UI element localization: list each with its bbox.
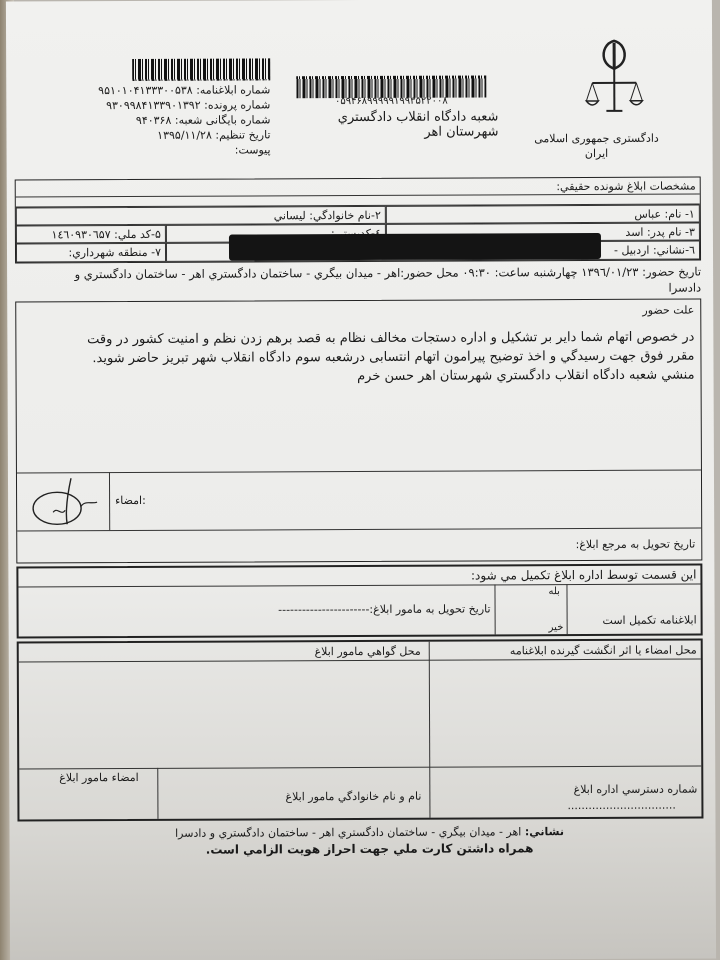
checkbox-yes[interactable]: بله <box>548 586 560 597</box>
field-municipal-zone: ۷- منطقه شهرداري: <box>16 243 166 263</box>
meta-archive-number: شماره بایگانی شعبه: ۹۴۰۳۶۸ <box>66 112 270 128</box>
access-number-label: شماره دسترسي اداره ابلاغ <box>574 783 698 797</box>
divider <box>19 766 701 770</box>
footer-address-label: نشاني: <box>525 825 564 838</box>
notice-barcode <box>132 58 270 81</box>
officer-signature-label: امضاء مامور ابلاغ <box>59 771 138 784</box>
reason-section: علت حضور در خصوص اتهام شما داير بر تشکیل… <box>15 299 702 564</box>
divider <box>157 768 158 819</box>
signatures-grid: محل امضاء يا اثر انگشت گیرنده ابلاغنامه … <box>17 639 704 822</box>
officer-certification-label: محل گواهي مامور ابلاغ <box>315 645 421 658</box>
divider <box>109 472 110 530</box>
field-first-name: ۱- نام: عباس <box>386 205 700 224</box>
divider <box>18 584 700 588</box>
field-national-id: ۵-کد ملي: ۱٤٦۰۹۳۰٦۵۷ <box>16 225 166 244</box>
office-section-title: اين قسمت توسط اداره ابلاغ تکمیل مي شود: <box>471 568 696 583</box>
meta-notice-number: شماره ابلاغنامه: ۹۵۱۰۱۰۴۱۳۳۳۰۰۵۳۸ <box>66 82 270 98</box>
divider <box>17 528 701 532</box>
court-summons-document: دادگستری جمهوری اسلامی ایران ۰۵۹۴۶۸۹۹۹۹۹… <box>6 0 716 960</box>
court-name: شعبه دادگاه انقلاب دادگستري شهرستان اهر <box>286 109 498 140</box>
delivery-date-label: تاريخ تحويل به مرجع ابلاغ: <box>576 538 696 552</box>
meta-case-number: شماره پرونده: ۹۳۰۹۹۸۴۱۳۳۹۰۱۳۹۲ <box>66 97 270 113</box>
iran-emblem-icon <box>584 39 644 121</box>
divider <box>17 470 701 474</box>
divider <box>494 584 495 634</box>
meta-attachment: پیوست: <box>67 142 271 158</box>
divider <box>429 642 431 818</box>
court-barcode-number: ۰۵۹۴۶۸۹۹۹۹۹۱۹۹۳۵۲۲۰۰۸ <box>306 95 476 107</box>
footer-notice: همراه داشتن کارت ملي جهت احراز هويت الزا… <box>170 841 570 857</box>
recipient-signature-label: محل امضاء يا اثر انگشت گیرنده ابلاغنامه <box>510 644 697 658</box>
officer-name-label: نام و نام خانوادگي مامور ابلاغ <box>285 790 421 804</box>
officer-delivery-date: تاريخ تحويل به مامور ابلاغ:-------------… <box>278 602 491 616</box>
checkbox-no[interactable]: خیر <box>549 622 564 633</box>
reason-body: در خصوص اتهام شما داير بر تشکیل و اداره … <box>24 328 694 388</box>
redacted-address <box>229 233 601 261</box>
access-number-field[interactable]: ............................... <box>567 799 675 812</box>
attendance-info: تاريخ حضور: ۱۳۹٦/۰۱/۲۳ چهارشنبه ساعت: ۰۹… <box>15 264 701 299</box>
signature-label: امضاء: <box>115 494 146 507</box>
signature-image <box>27 476 105 532</box>
footer-address: نشاني: اهر - میدان بیگري - ساختمان دادگس… <box>170 825 570 840</box>
field-last-name: ۲-نام خانوادگي: لیساني <box>16 206 386 226</box>
divider <box>566 584 567 634</box>
divider <box>19 659 701 663</box>
reason-title: علت حضور <box>642 304 694 317</box>
meta-issue-date: تاریخ تنظیم: ۱۳۹۵/۱۱/۲۸ <box>66 127 270 143</box>
notice-meta: شماره ابلاغنامه: ۹۵۱۰۱۰۴۱۳۳۳۰۰۵۳۸ شماره … <box>66 82 270 158</box>
office-section: اين قسمت توسط اداره ابلاغ تکمیل مي شود: … <box>16 564 702 639</box>
completed-label: ابلاغنامه تکمیل است <box>602 614 696 627</box>
emblem-caption: دادگستری جمهوری اسلامی ایران <box>526 131 666 162</box>
